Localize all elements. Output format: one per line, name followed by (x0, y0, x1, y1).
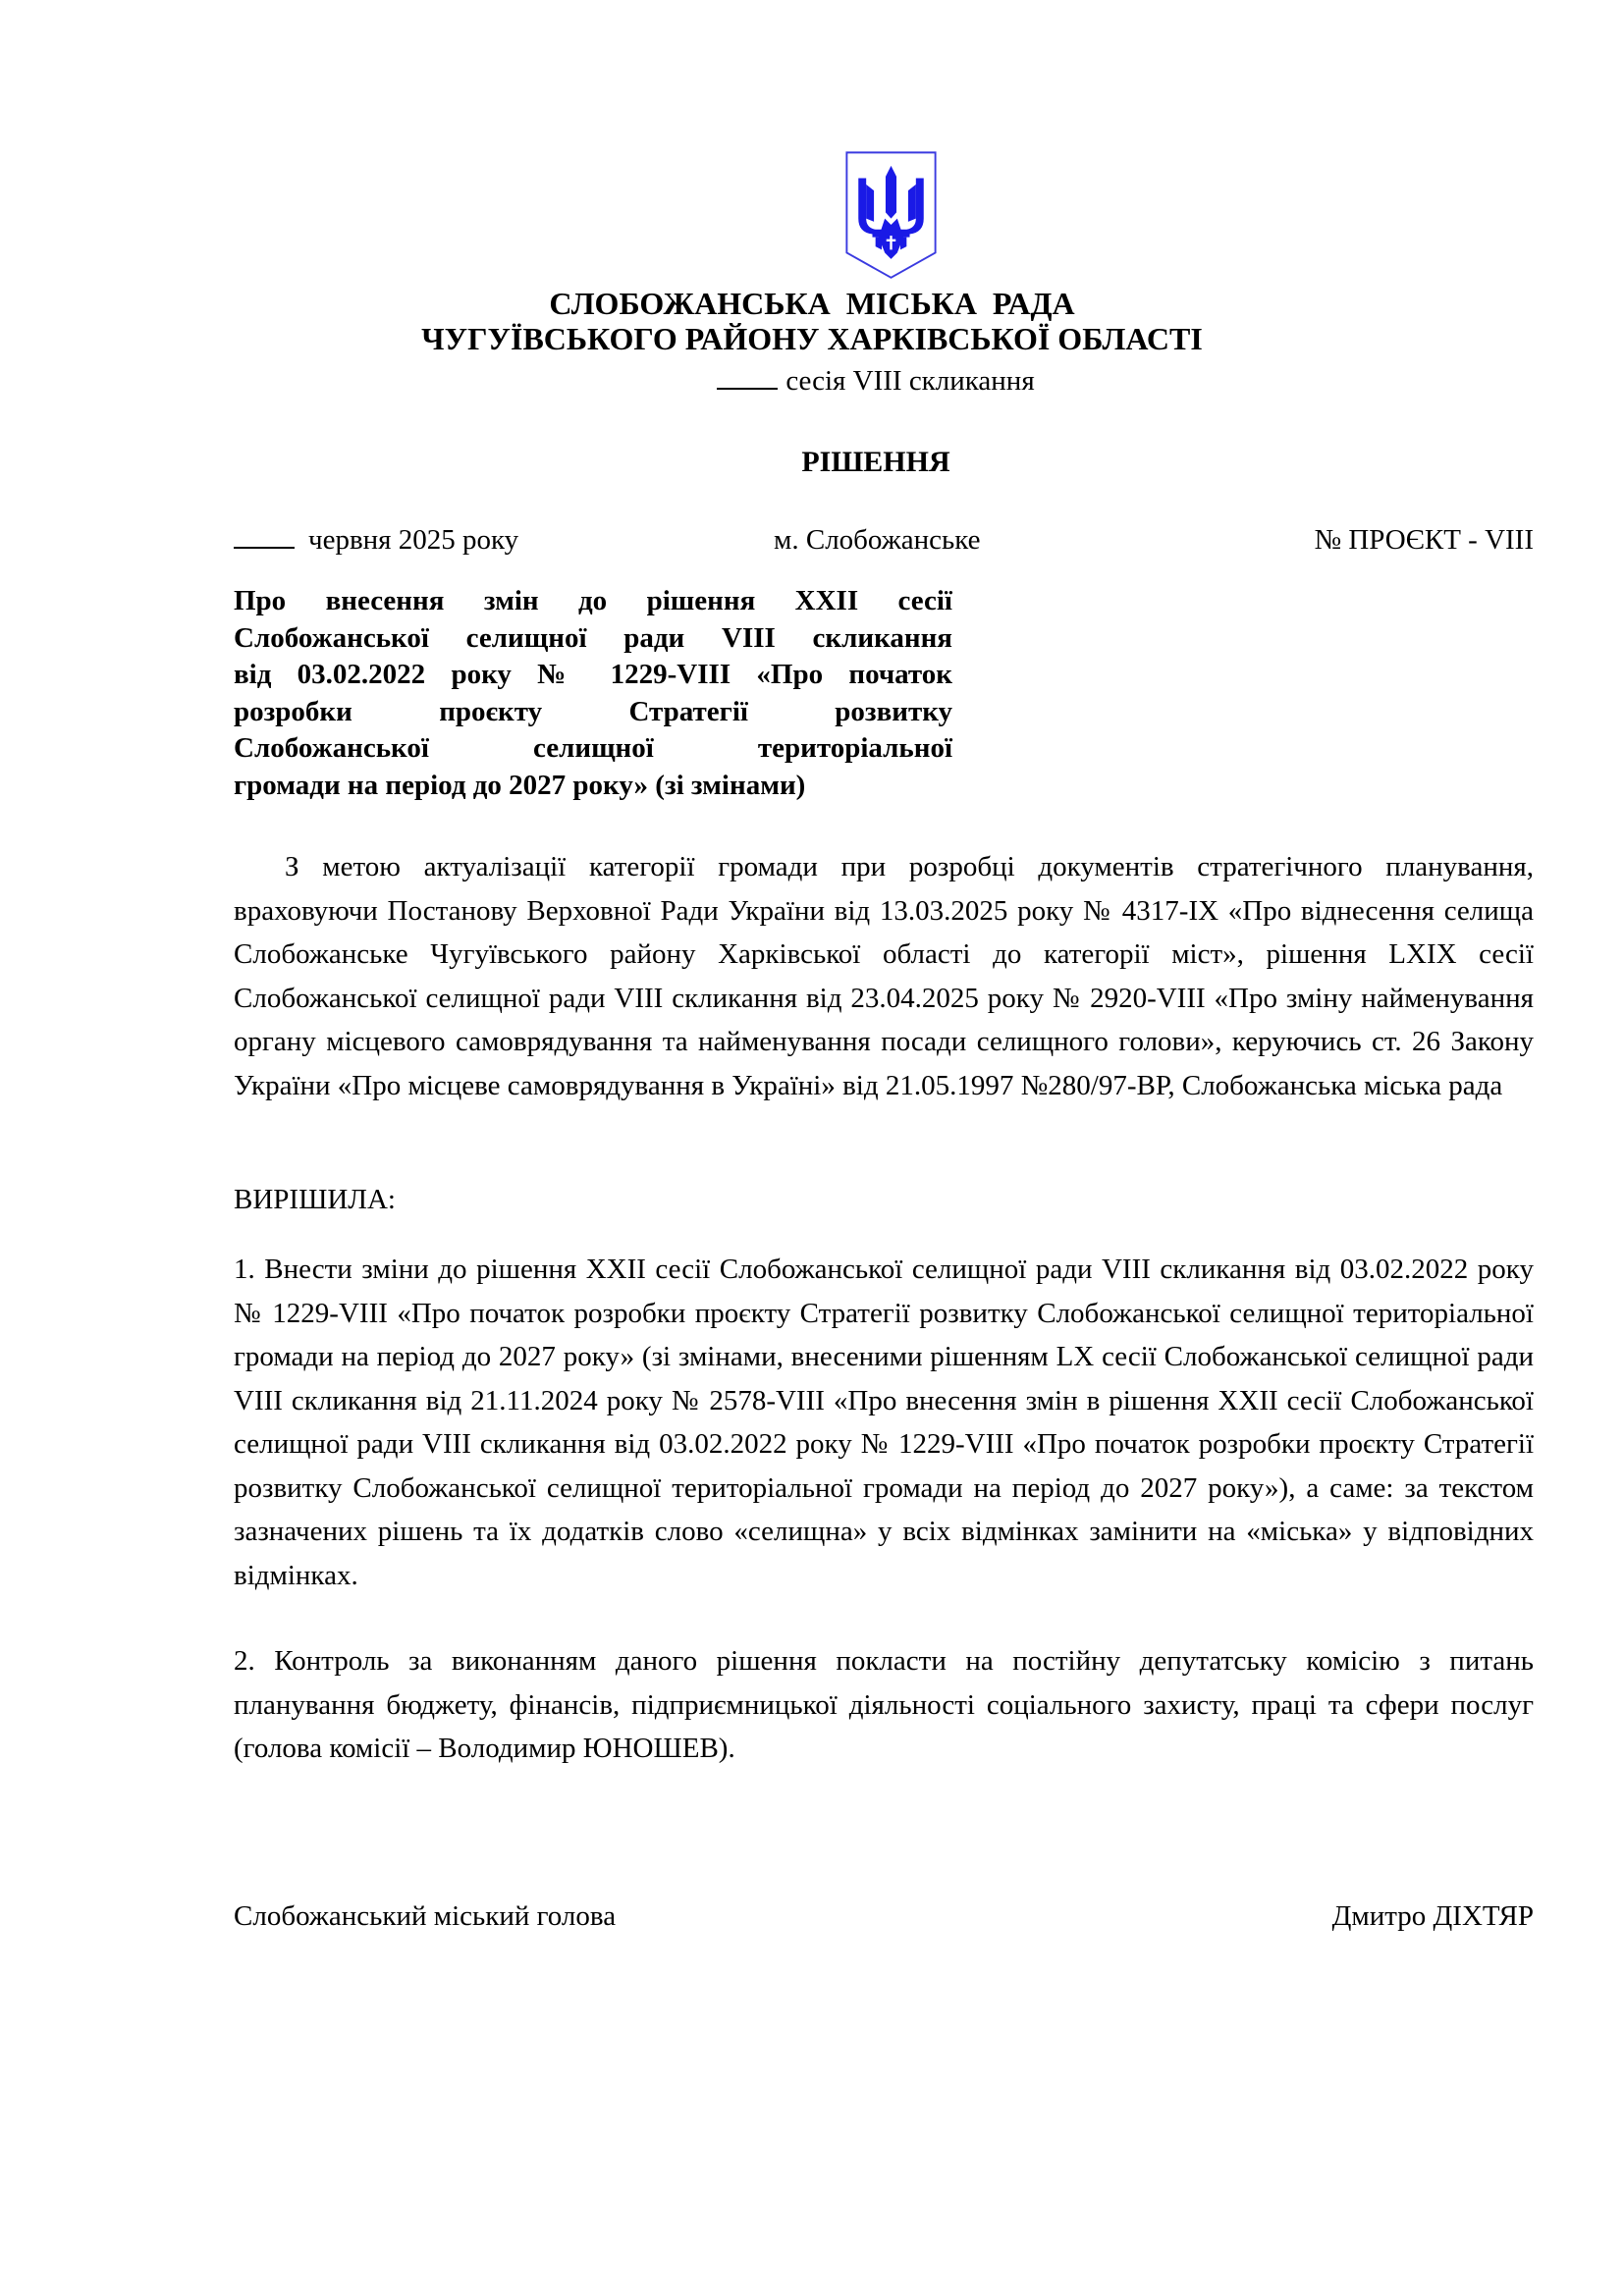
session-number-blank (717, 388, 778, 390)
document-place: м. Слобожанське (774, 522, 980, 558)
org-line-1: СЛОБОЖАНСЬКА МІСЬКА РАДА (0, 286, 1624, 321)
org-line-2: ЧУГУЇВСЬКОГО РАЙОНУ ХАРКІВСЬКОЇ ОБЛАСТІ (0, 321, 1624, 356)
subject-line: Про внесення змін до рішення XXII сесії (234, 583, 952, 620)
document-page: СЛОБОЖАНСЬКА МІСЬКА РАДА ЧУГУЇВСЬКОГО РА… (0, 0, 1624, 2296)
decision-subject: Про внесення змін до рішення XXII сесії … (234, 583, 952, 804)
signatory-title: Слобожанський міський голова (234, 1896, 616, 1936)
subject-line: від 03.02.2022 року № 1229-VIII «Про поч… (234, 657, 952, 694)
date-text: червня 2025 року (308, 524, 518, 556)
coat-of-arms-of-ukraine-icon (844, 150, 938, 281)
subject-line: Слобожанської селищної територіальної (234, 730, 952, 768)
resolution-item-2: 2. Контроль за виконанням даного рішення… (234, 1639, 1534, 1771)
subject-line: розробки проєкту Стратегії розвитку (234, 694, 952, 731)
resolution-item-1: 1. Внести зміни до рішення XXII сесії Сл… (234, 1248, 1534, 1597)
signatory-name: Дмитро ДІХТЯР (1332, 1896, 1534, 1936)
subject-line: Слобожанської селищної ради VIII скликан… (234, 620, 952, 658)
document-number: № ПРОЄКТ - VIII (1314, 522, 1534, 558)
subject-line: громади на період до 2027 року» (зі змін… (234, 768, 952, 805)
resolved-label: ВИРІШИЛА: (234, 1178, 1534, 1222)
session-line: сесія VIII скликання (0, 364, 1624, 398)
session-text: сесія VIII скликання (785, 365, 1034, 397)
preamble-paragraph: З метою актуалізації категорії громади п… (234, 845, 1534, 1107)
organization-name: СЛОБОЖАНСЬКА МІСЬКА РАДА ЧУГУЇВСЬКОГО РА… (0, 286, 1624, 356)
document-meta: червня 2025 року м. Слобожанське № ПРОЄК… (234, 522, 1534, 558)
document-type: РІШЕННЯ (0, 445, 1624, 480)
document-date: червня 2025 року (234, 522, 518, 558)
day-blank (234, 547, 295, 549)
signature-block: Слобожанський міський голова Дмитро ДІХТ… (234, 1896, 1534, 1936)
